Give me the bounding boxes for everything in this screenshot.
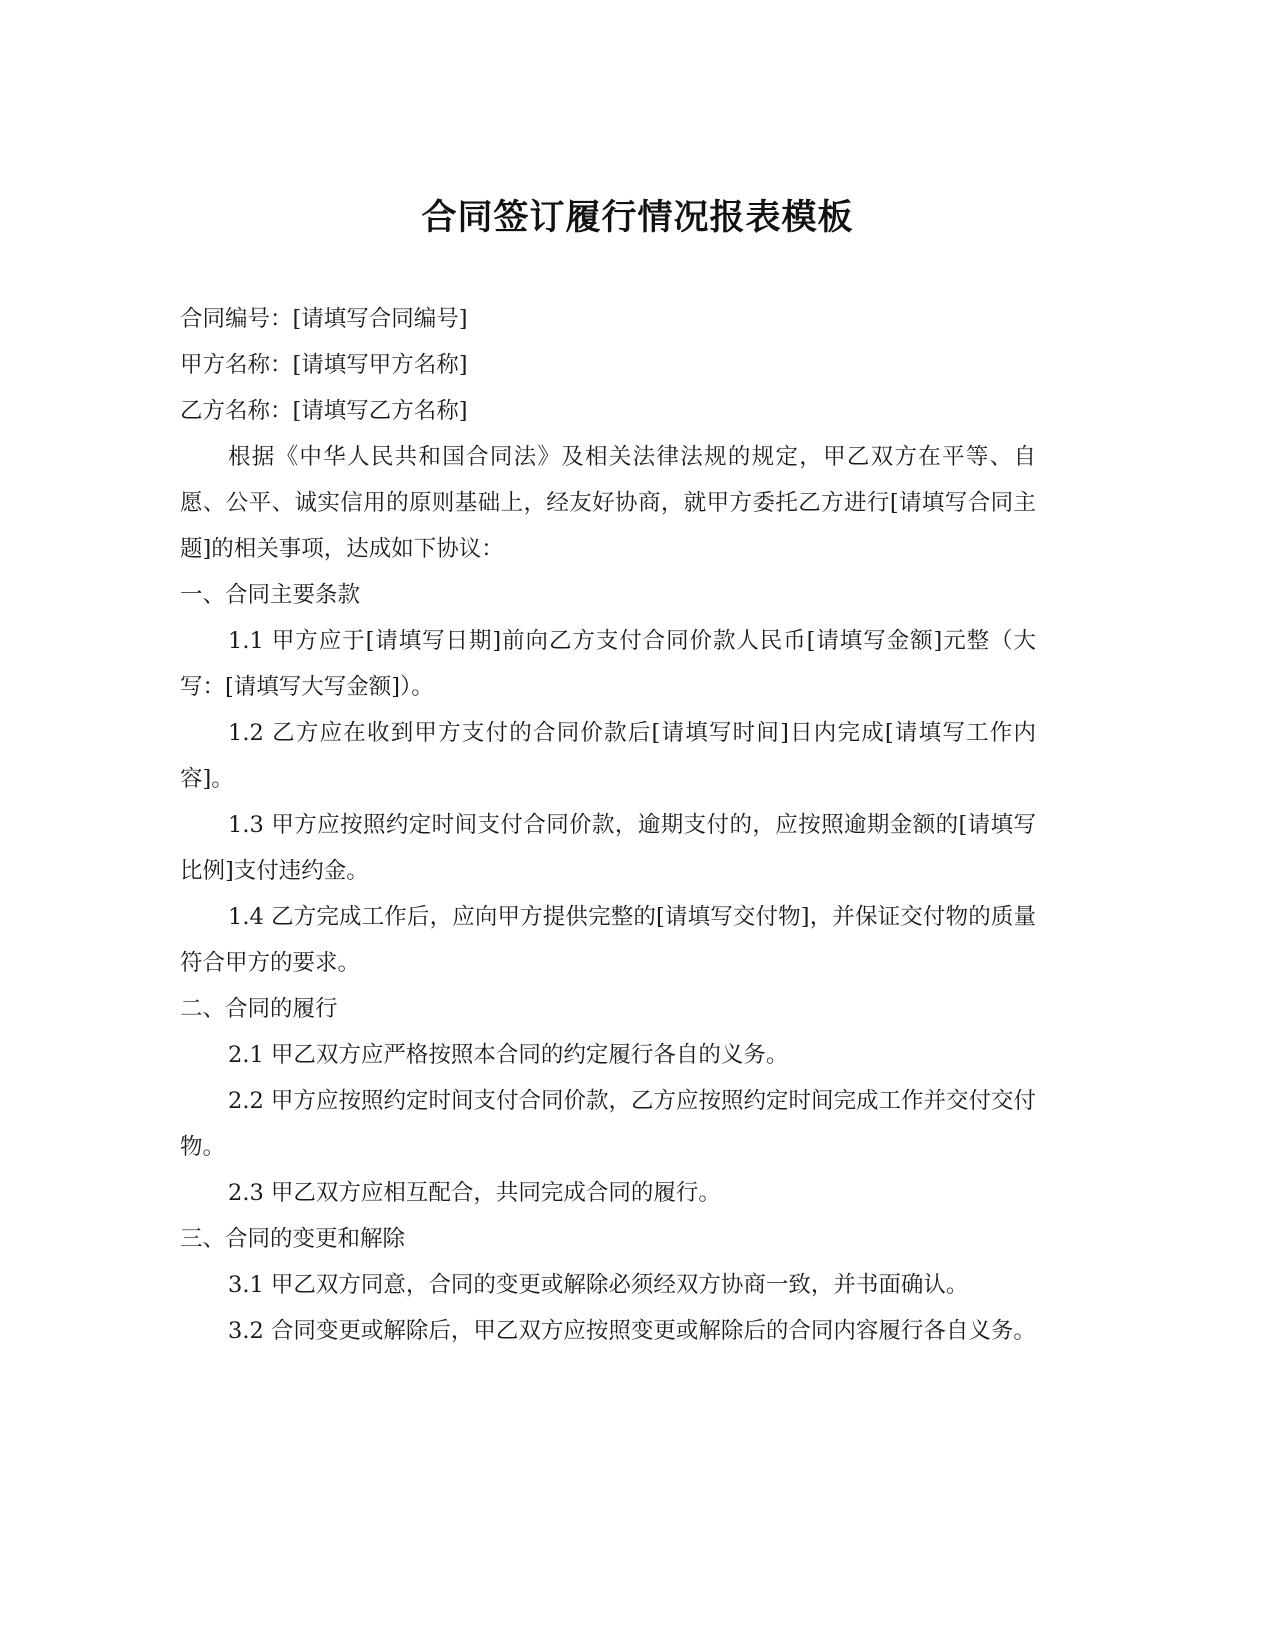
- field-label: 甲方名称：: [180, 352, 293, 378]
- clause: 2.2 甲方应按照约定时间支付合同价款，乙方应按照约定时间完成工作并交付交付物。: [180, 1078, 1036, 1170]
- field-label: 乙方名称：: [180, 398, 293, 424]
- field-value: [请填写乙方名称]: [293, 398, 468, 424]
- section-heading: 二、合同的履行: [180, 986, 1036, 1032]
- clause: 3.2 合同变更或解除后，甲乙双方应按照变更或解除后的合同内容履行各自义务。: [180, 1308, 1036, 1354]
- section-heading: 三、合同的变更和解除: [180, 1216, 1036, 1262]
- clause: 1.1 甲方应于[请填写日期]前向乙方支付合同价款人民币[请填写金额]元整（大写…: [180, 618, 1036, 710]
- field-party-a: 甲方名称：[请填写甲方名称]: [180, 342, 1036, 388]
- clause: 3.1 甲乙双方同意，合同的变更或解除必须经双方协商一致，并书面确认。: [180, 1262, 1036, 1308]
- clause: 1.3 甲方应按照约定时间支付合同价款，逾期支付的，应按照逾期金额的[请填写比例…: [180, 802, 1036, 894]
- field-value: [请填写合同编号]: [293, 306, 468, 332]
- clause: 2.3 甲乙双方应相互配合，共同完成合同的履行。: [180, 1170, 1036, 1216]
- clause: 2.1 甲乙双方应严格按照本合同的约定履行各自的义务。: [180, 1032, 1036, 1078]
- field-party-b: 乙方名称：[请填写乙方名称]: [180, 388, 1036, 434]
- field-contract-number: 合同编号：[请填写合同编号]: [180, 296, 1036, 342]
- document-body: 合同编号：[请填写合同编号] 甲方名称：[请填写甲方名称] 乙方名称：[请填写乙…: [180, 296, 1036, 1354]
- document-page: 合同签订履行情况报表模板 合同编号：[请填写合同编号] 甲方名称：[请填写甲方名…: [0, 0, 1275, 1650]
- field-label: 合同编号：: [180, 306, 293, 332]
- clause: 1.4 乙方完成工作后，应向甲方提供完整的[请填写交付物]，并保证交付物的质量符…: [180, 894, 1036, 986]
- section-heading: 一、合同主要条款: [180, 572, 1036, 618]
- document-title: 合同签订履行情况报表模板: [0, 190, 1275, 240]
- field-value: [请填写甲方名称]: [293, 352, 468, 378]
- clause: 1.2 乙方应在收到甲方支付的合同价款后[请填写时间]日内完成[请填写工作内容]…: [180, 710, 1036, 802]
- preamble-paragraph: 根据《中华人民共和国合同法》及相关法律法规的规定，甲乙双方在平等、自愿、公平、诚…: [180, 434, 1036, 572]
